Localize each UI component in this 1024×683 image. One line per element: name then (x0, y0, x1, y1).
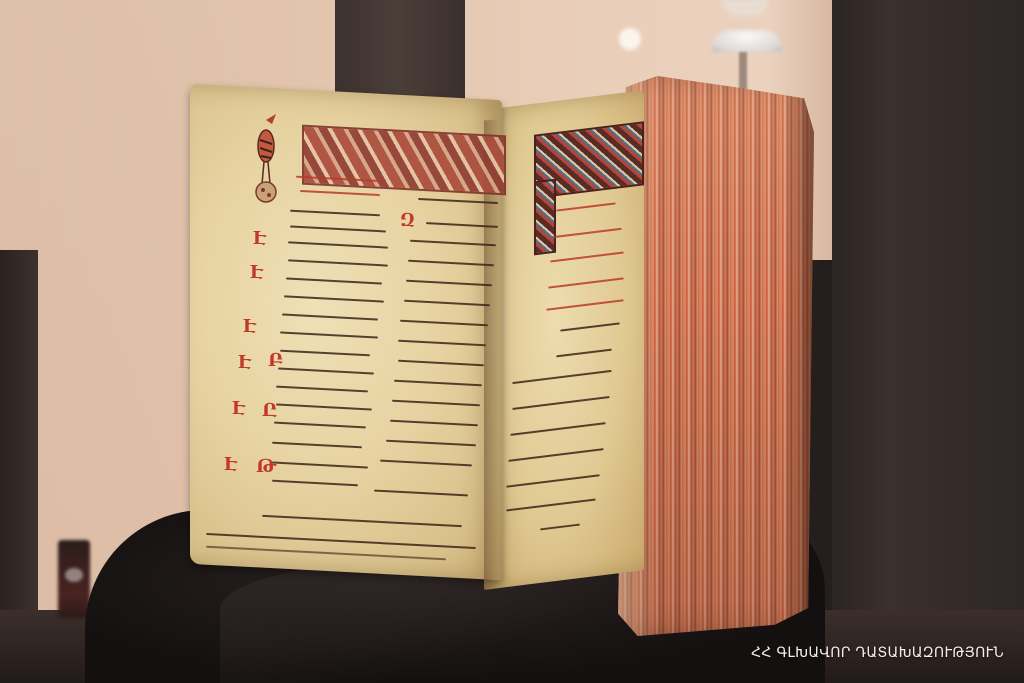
fore-edge-shading (618, 76, 814, 636)
text-initial: Ը (262, 400, 277, 421)
text-initial: Զ (400, 210, 415, 231)
text-initial: Բ (268, 350, 283, 371)
photo-scene: Է Է Է Է Է Է Զ Բ Ը Թ ՀՀ ԳԼԽԱՎՈՐ ԴԱՏԱԽԱԶՈՒ… (0, 0, 1024, 683)
watermark-text: ՀՀ ԳԼԽԱՎՈՐ ԴԱՏԱԽԱԶՈՒԹՅՈՒՆ (751, 645, 1004, 661)
margin-initial: Է (232, 398, 245, 419)
margin-initial: Է (224, 454, 237, 475)
ornamental-headpiece-left (302, 125, 506, 196)
ornamental-border-right (534, 179, 556, 256)
margin-initial: Է (243, 316, 256, 337)
margin-initial: Է (253, 228, 266, 249)
margin-initial: Է (250, 262, 263, 283)
bird-illustration-icon (246, 112, 286, 204)
manuscript-book: Է Է Է Է Է Է Զ Բ Ը Թ (0, 0, 1024, 683)
margin-initial: Է (238, 352, 251, 373)
text-initial: Թ (256, 456, 276, 477)
